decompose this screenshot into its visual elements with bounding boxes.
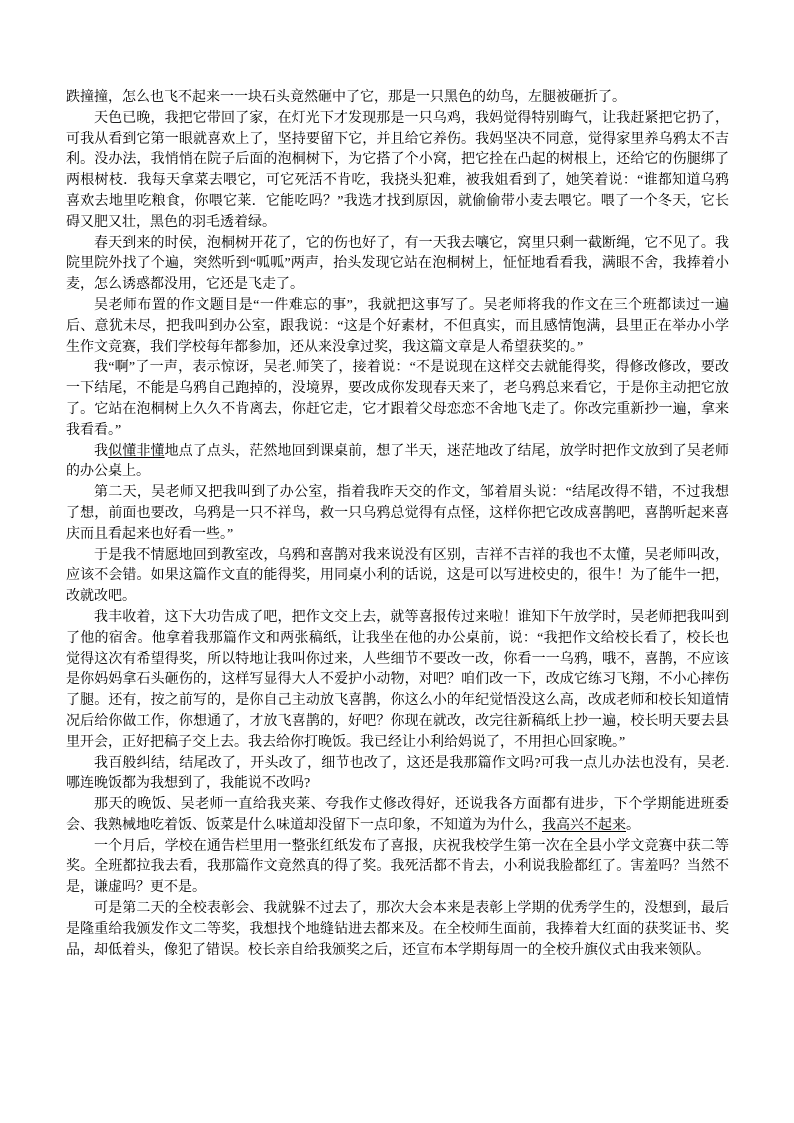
paragraph: 于是我不情愿地回到教室改，乌鸦和喜鹊对我来说没有区别，吉祥不吉祥的我也不太懂，吴… (66, 546, 729, 608)
paragraph: 那天的晚饭、吴老师一直给我夹莱、夸我作丈修改得好，还说我各方面都有进步，下个学期… (66, 795, 729, 837)
paragraph: 天色已晚，我把它带回了家，在灯光下才发现那是一只乌鸡，我妈觉得特别晦气，让我赶紧… (66, 109, 729, 234)
paragraph: 春天到来的时侯，泡桐树开花了，它的伤也好了，有一天我去嚷它，窝里只剩一截断绳，它… (66, 234, 729, 296)
underlined-phrase: 似懂非懂 (108, 444, 164, 459)
paragraph: 我似懂非懂地点了点头，茫然地回到课桌前，想了半天，迷茫地改了结尾，放学时把作文放… (66, 442, 729, 484)
text-run: 一个月后，学校在通告栏里用一整张红纸发布了喜报，庆祝我校学生第一次在全县小学文竞… (66, 839, 729, 896)
text-run: 我“啊”了一声，表示惊讶，吴老.师笑了，接着说：“不是说现在这样交去就能得奖，得… (66, 360, 729, 437)
paragraph: 我丰收着，这下大功告成了吧，把作文交上去，就等喜报传过来啦！谁知下午放学时，吴老… (66, 608, 729, 754)
text-run: 跌撞撞，怎么也飞不起来一一块石头竟然砸中了它，那是一只黑色的幼鸟，左腿被砸折了。 (66, 90, 626, 105)
text-run: 地点了点头，茫然地回到课桌前，想了半天，迷茫地改了结尾，放学时把作文放到了吴老师… (66, 444, 729, 480)
paragraph: 可是第二天的全校表彰会、我就躲不过去了，那次大会本来是表彰上学期的优秀学生的，没… (66, 899, 729, 961)
paragraph: 一个月后，学校在通告栏里用一整张红纸发布了喜报，庆祝我校学生第一次在全县小学文竞… (66, 837, 729, 899)
underlined-phrase: 我高兴不起来 (542, 818, 626, 833)
text-run: 于是我不情愿地回到教室改，乌鸦和喜鹊对我来说没有区别，吉祥不吉祥的我也不太懂，吴… (66, 548, 729, 605)
text-run: 天色已晚，我把它带回了家，在灯光下才发现那是一只乌鸡，我妈觉得特别晦气，让我赶紧… (66, 111, 729, 230)
text-run: 。 (626, 818, 640, 833)
text-run: 我 (94, 444, 108, 459)
text-run: 我百般纠结，结尾改了，开头改了，细节也改了，这还是我那篇作文吗?可我一点儿办法也… (66, 756, 729, 792)
text-run: 春天到来的时侯，泡桐树开花了，它的伤也好了，有一天我去嚷它，窝里只剩一截断绳，它… (66, 236, 729, 293)
text-run: 吴老师布置的作文题目是“一件难忘的事”，我就把这事写了。吴老师将我的作文在三个班… (66, 298, 729, 355)
paragraph: 第二天，吴老师又把我叫到了办公室，指着我昨天交的作文，邹着眉头说：“结尾改得不错… (66, 483, 729, 545)
text-run: 第二天，吴老师又把我叫到了办公室，指着我昨天交的作文，邹着眉头说：“结尾改得不错… (66, 485, 729, 542)
text-run: 我丰收着，这下大功告成了吧，把作文交上去，就等喜报传过来啦！谁知下午放学时，吴老… (66, 610, 729, 750)
paragraph: 我“啊”了一声，表示惊讶，吴老.师笑了，接着说：“不是说现在这样交去就能得奖，得… (66, 358, 729, 441)
document-page: 跌撞撞，怎么也飞不起来一一块石头竟然砸中了它，那是一只黑色的幼鸟，左腿被砸折了。… (0, 0, 794, 1123)
paragraph: 跌撞撞，怎么也飞不起来一一块石头竟然砸中了它，那是一只黑色的幼鸟，左腿被砸折了。 (66, 88, 729, 109)
paragraph: 我百般纠结，结尾改了，开头改了，细节也改了，这还是我那篇作文吗?可我一点儿办法也… (66, 754, 729, 796)
document-body: 跌撞撞，怎么也飞不起来一一块石头竟然砸中了它，那是一只黑色的幼鸟，左腿被砸折了。… (66, 88, 729, 961)
paragraph: 吴老师布置的作文题目是“一件难忘的事”，我就把这事写了。吴老师将我的作文在三个班… (66, 296, 729, 358)
text-run: 可是第二天的全校表彰会、我就躲不过去了，那次大会本来是表彰上学期的优秀学生的，没… (66, 901, 729, 958)
